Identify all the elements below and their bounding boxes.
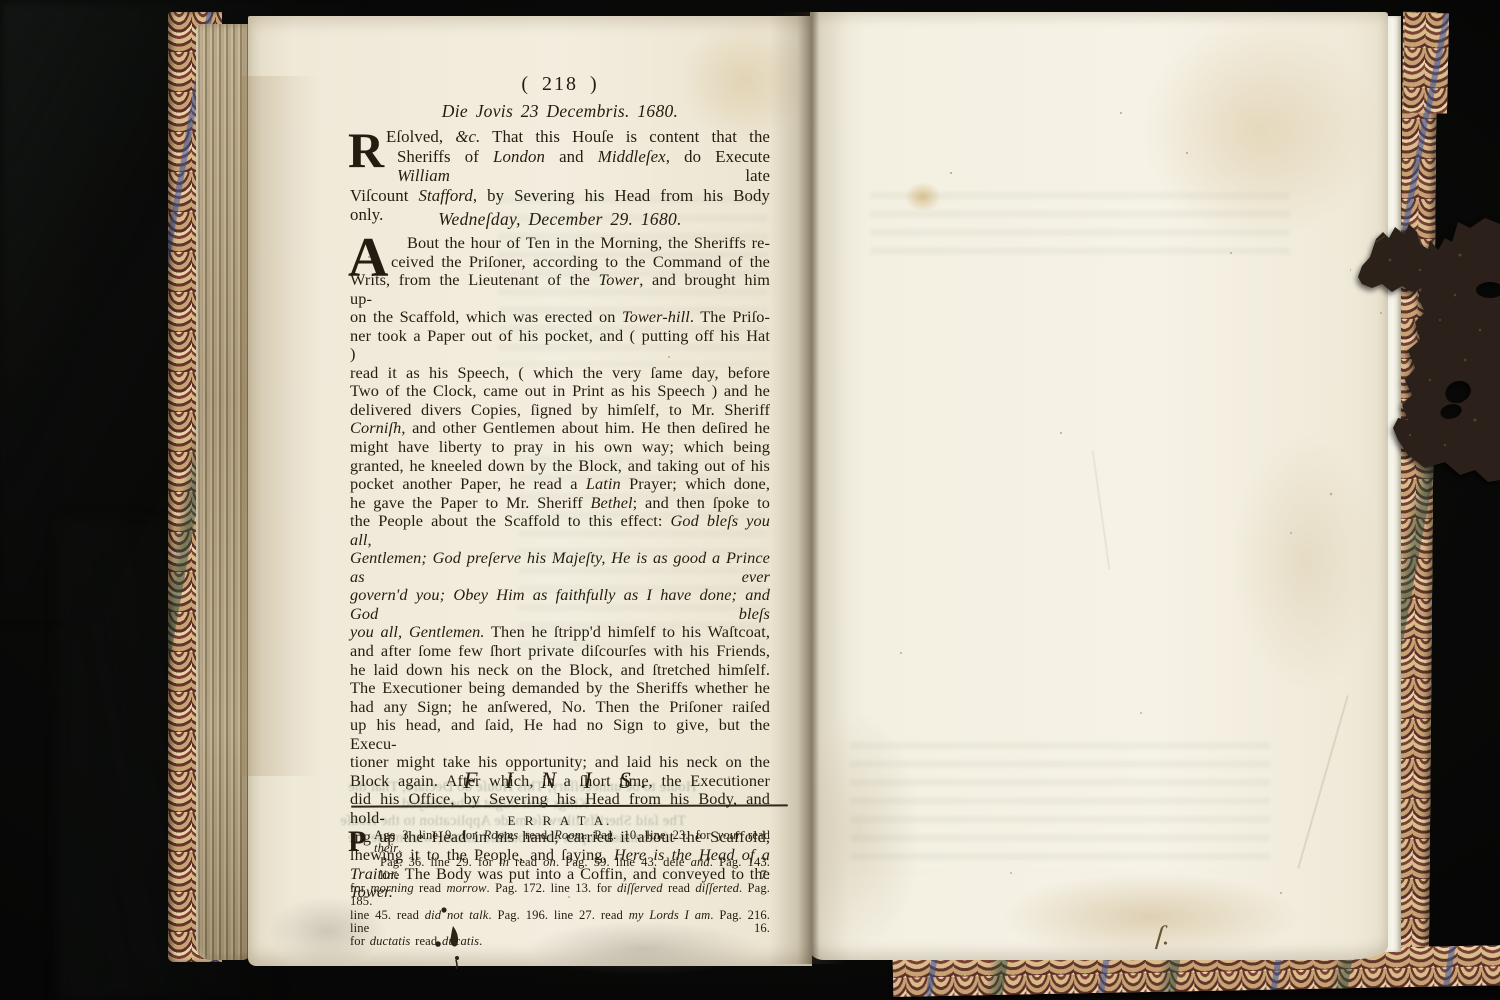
- ink-blot: [432, 900, 476, 978]
- errata-paragraph: P Age 3. line 9. for Rooms read Room. Pa…: [350, 829, 770, 949]
- text-line: he gave the Paper to Mr. Sheriff Bethel;…: [350, 494, 770, 513]
- text-line: Viſcount Stafford, by Severing his Head …: [350, 186, 770, 206]
- left-page-printed: Houſe to be unneceſſary, This Houſe do D…: [248, 16, 812, 966]
- text-line: might have liberty to pray in his own wa…: [350, 438, 770, 457]
- page-crease: [1297, 695, 1349, 869]
- errata-heading: E R R A T A.: [350, 813, 770, 829]
- latin-date-heading: Die Jovis 23 Decembris. 1680.: [350, 101, 770, 122]
- text-line: Two of the Clock, came out in Print as h…: [350, 382, 770, 401]
- text-line: you all, Gentlemen. Then he ſtripp'd him…: [350, 623, 770, 642]
- stain: [240, 76, 320, 776]
- drop-cap-p: P: [348, 827, 366, 857]
- text-line: for ductatis read ducatis.: [350, 935, 770, 948]
- text-line: Writs, from the Lieutenant of the Tower,…: [350, 271, 770, 308]
- photo-backdrop: ſ. Houſe to be unneceſſary, This Houſe d…: [0, 0, 1500, 1000]
- text-line: the People about the Scaffold to this ef…: [350, 512, 770, 549]
- text-line: had any Sign; he anſwered, No. Then the …: [350, 698, 770, 717]
- text-line: Eſolved, &c. That this Houſe is content …: [350, 127, 770, 147]
- marbled-cover-top-right-corner: [1403, 13, 1449, 114]
- page-crease: [1092, 450, 1111, 569]
- right-page-blank: ſ.: [810, 12, 1388, 960]
- text-line: granted, he kneeled down by the Block, a…: [350, 457, 770, 476]
- drop-cap-a: A: [348, 230, 388, 286]
- finis-colophon: F I N I S.: [350, 768, 770, 794]
- handwritten-ink-mark: ſ.: [1154, 919, 1171, 951]
- english-date-heading: Wedneſday, December 29. 1680.: [350, 209, 770, 230]
- text-line: for morning read morrow. Pag. 172. line …: [350, 882, 770, 909]
- text-line: Age 3. line 9. for Rooms read Room. Pag.…: [350, 829, 770, 856]
- text-line: ner took a Paper out of his pocket, and …: [350, 327, 770, 364]
- metal-clasp: [1350, 210, 1500, 490]
- text-line: and after ſome few ſhort private diſcour…: [350, 642, 770, 661]
- text-line: govern'd you; Obey Him as faithfully as …: [350, 586, 770, 623]
- page-number: ( 218 ): [350, 73, 770, 96]
- text-line: Gentlemen; God preſerve his Majeſty, He …: [350, 549, 770, 586]
- text-line: Corniſh, and other Gentlemen about him. …: [350, 419, 770, 438]
- drop-cap-r: R: [348, 125, 384, 175]
- text-line: on the Scaffold, which was erected on To…: [350, 308, 770, 327]
- text-line: ceived the Priſoner, according to the Co…: [350, 253, 770, 272]
- text-line: he laid down his neck on the Block, and …: [350, 661, 770, 680]
- text-line: delivered divers Copies, ſigned by himſe…: [350, 401, 770, 420]
- text-line: line 45. read did not talk. Pag. 196. li…: [350, 909, 770, 936]
- stain: [1000, 872, 1300, 962]
- showthrough-shading: [870, 192, 1290, 262]
- text-line: Pag. 36. line 29. for in read on. Pag. 5…: [350, 856, 770, 883]
- text-line: up his head, and ſaid, He had no Sign to…: [350, 716, 770, 753]
- execution-account-paragraph: A Bout the hour of Ten in the Morning, t…: [350, 234, 770, 902]
- stain: [1140, 20, 1380, 240]
- text-line: pocket another Paper, he read a Latin Pr…: [350, 475, 770, 494]
- stain: [800, 712, 920, 952]
- page-block-edges-left: [196, 24, 252, 960]
- stain: [905, 182, 941, 212]
- text-line: Sheriffs of London and Middleſex, do Exe…: [350, 147, 770, 186]
- text-line: Bout the hour of Ten in the Morning, the…: [350, 234, 770, 253]
- text-line: The Executioner being demanded by the Sh…: [350, 679, 770, 698]
- showthrough-shading: [850, 742, 1270, 872]
- foxing-dots: [950, 172, 952, 174]
- text-line: read it as his Speech, ( which the very …: [350, 364, 770, 383]
